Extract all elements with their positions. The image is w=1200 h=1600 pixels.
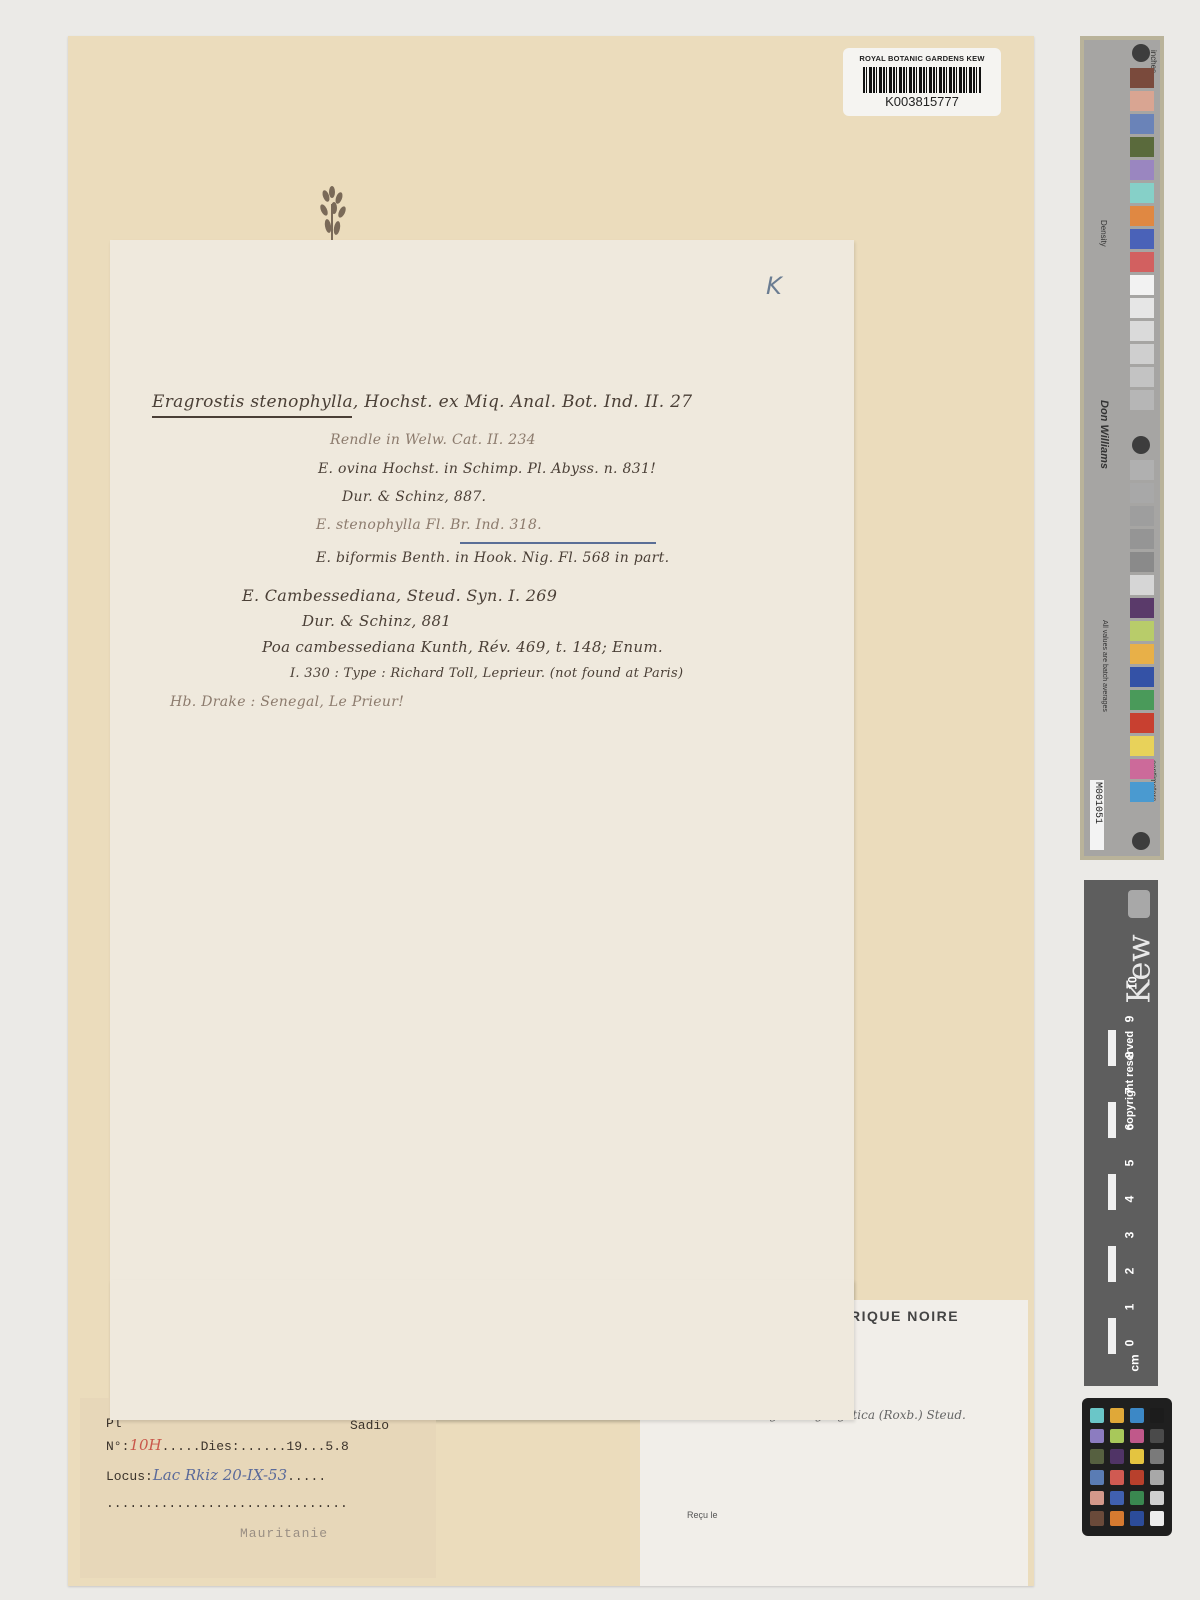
determination-line-4: Dur. & Schinz, 887. — [342, 489, 486, 505]
color-swatch — [1110, 1429, 1124, 1444]
determination-line-5: E. stenophylla Fl. Br. Ind. 318. — [316, 517, 542, 533]
collector-field-label: Pl Sadio N°:10H.....Dies:......19...5.8 … — [80, 1398, 436, 1578]
ruler-color-swatch — [1130, 68, 1154, 88]
barcode-number: K003815777 — [843, 94, 1001, 109]
underline — [152, 416, 352, 418]
scale-tick — [1108, 1318, 1116, 1354]
scale-number: 9 — [1122, 1016, 1136, 1023]
ruler-color-swatch — [1130, 759, 1154, 779]
ruler-color-swatch — [1130, 552, 1154, 572]
institution-name: ROYAL BOTANIC GARDENS KEW — [843, 54, 1001, 63]
ruler-color-swatch — [1130, 713, 1154, 733]
color-ruler: inches Density Don Williams All values a… — [1080, 36, 1164, 860]
ruler-hole-icon — [1132, 436, 1150, 454]
scale-number: 7 — [1122, 1088, 1136, 1095]
plant-specimen-icon — [312, 184, 354, 244]
ruler-color-swatch — [1130, 644, 1154, 664]
ruler-id: M001051 — [1090, 780, 1104, 850]
ruler-color-swatch — [1130, 782, 1154, 802]
color-swatch — [1150, 1511, 1164, 1526]
ruler-color-swatch — [1130, 506, 1154, 526]
ruler-color-swatch — [1130, 483, 1154, 503]
ruler-color-swatch — [1130, 344, 1154, 364]
color-swatch — [1090, 1408, 1104, 1423]
color-swatch — [1130, 1470, 1144, 1485]
specimen-number: 10H — [129, 1436, 161, 1454]
ruler-color-swatch — [1130, 321, 1154, 341]
determination-line-8: Dur. & Schinz, 881 — [302, 612, 451, 630]
scale-number: 1 — [1122, 1304, 1136, 1311]
ruler-hole-icon — [1132, 44, 1150, 62]
scale-number: 2 — [1122, 1268, 1136, 1275]
ruler-note: All values are batch averages — [1101, 620, 1108, 712]
determination-line-11: Hb. Drake : Senegal, Le Prieur! — [170, 694, 404, 710]
scale-number: 4 — [1122, 1196, 1136, 1203]
blue-underline — [460, 542, 656, 544]
color-swatch — [1130, 1449, 1144, 1464]
determination-line-1: Eragrostis stenophylla, Hochst. ex Miq. … — [152, 392, 692, 412]
color-swatch — [1130, 1491, 1144, 1506]
ruler-color-swatch — [1130, 298, 1154, 318]
color-swatch — [1110, 1511, 1124, 1526]
color-swatch — [1090, 1470, 1104, 1485]
density-label: Density — [1099, 220, 1108, 247]
color-swatch — [1110, 1408, 1124, 1423]
color-swatch — [1090, 1491, 1104, 1506]
ruler-color-swatch — [1130, 575, 1154, 595]
ruler-color-swatch — [1130, 460, 1154, 480]
determination-line-9: Poa cambessediana Kunth, Rév. 469, t. 14… — [262, 638, 663, 656]
ruler-color-swatch — [1130, 529, 1154, 549]
ruler-color-swatch — [1130, 183, 1154, 203]
date-value: 19...5.8 — [286, 1439, 348, 1454]
ruler-color-swatch — [1130, 206, 1154, 226]
color-swatch — [1150, 1449, 1164, 1464]
herbarium-k-mark: K — [766, 272, 782, 300]
color-swatch — [1090, 1429, 1104, 1444]
color-checker-card — [1082, 1398, 1172, 1536]
country-stamp: Mauritanie — [240, 1526, 328, 1541]
locus-value: Lac Rkiz 20-IX-53 — [153, 1466, 287, 1484]
color-swatch — [1090, 1449, 1104, 1464]
determination-line-6: E. biformis Benth. in Hook. Nig. Fl. 568… — [316, 550, 669, 566]
determination-line-10: I. 330 : Type : Richard Toll, Leprieur. … — [290, 666, 683, 681]
color-swatch — [1110, 1491, 1124, 1506]
ruler-color-swatch — [1130, 736, 1154, 756]
color-swatch — [1150, 1429, 1164, 1444]
color-swatch — [1090, 1511, 1104, 1526]
scale-number: 0 — [1122, 1340, 1136, 1347]
ruler-color-swatch — [1130, 690, 1154, 710]
dotted-line: ............................... — [106, 1496, 348, 1511]
barcode-label: ROYAL BOTANIC GARDENS KEW K003815777 — [843, 48, 1001, 116]
ruler-hole-icon — [1132, 832, 1150, 850]
received-label: Reçu le — [687, 1510, 718, 1520]
color-swatch — [1130, 1511, 1144, 1526]
scale-unit: cm — [1128, 1354, 1142, 1371]
locus-label: Locus: — [106, 1469, 153, 1484]
ruler-color-swatch — [1130, 252, 1154, 272]
scale-number: 6 — [1122, 1124, 1136, 1131]
scale-tick — [1108, 1030, 1116, 1066]
ruler-color-swatch — [1130, 275, 1154, 295]
copyright-notice: copyright reserved — [1124, 1031, 1136, 1130]
ruler-color-swatch — [1130, 91, 1154, 111]
ruler-color-swatch — [1130, 160, 1154, 180]
determination-sheet-bottom — [110, 1280, 854, 1420]
color-swatch — [1130, 1408, 1144, 1423]
scale-tick — [1108, 1174, 1116, 1210]
color-swatch — [1150, 1408, 1164, 1423]
ruler-color-swatch — [1130, 229, 1154, 249]
ruler-color-swatch — [1130, 367, 1154, 387]
scale-number: 3 — [1122, 1232, 1136, 1239]
ruler-color-swatch — [1130, 667, 1154, 687]
determination-line-3: E. ovina Hochst. in Schimp. Pl. Abyss. n… — [318, 461, 656, 477]
royal-crest-icon — [1128, 890, 1150, 918]
ruler-color-swatch — [1130, 598, 1154, 618]
scale-number: 5 — [1122, 1160, 1136, 1167]
number-label: N°: — [106, 1439, 129, 1454]
scale-number: 8 — [1122, 1052, 1136, 1059]
ifan-title: FRIQUE NOIRE — [840, 1308, 959, 1324]
color-swatch — [1130, 1429, 1144, 1444]
determination-line-2: Rendle in Welw. Cat. II. 234 — [330, 432, 536, 448]
scale-number: 10 — [1126, 976, 1140, 989]
ruler-color-swatch — [1130, 621, 1154, 641]
scale-tick — [1108, 1246, 1116, 1282]
ruler-color-swatch — [1130, 390, 1154, 410]
ruler-brand: Don Williams — [1098, 400, 1110, 469]
scale-tick — [1108, 1102, 1116, 1138]
kew-logo: Kew — [1120, 934, 1158, 1003]
ruler-color-swatch — [1130, 137, 1154, 157]
kew-scale-bar: Kew copyright reserved cm 012345678910 — [1084, 880, 1158, 1386]
color-swatch — [1110, 1470, 1124, 1485]
barcode-icon — [863, 67, 981, 93]
color-swatch — [1150, 1491, 1164, 1506]
ruler-color-swatch — [1130, 114, 1154, 134]
collector-name: Sadio — [350, 1418, 389, 1433]
determination-line-7: E. Cambessediana, Steud. Syn. I. 269 — [242, 586, 557, 605]
date-label: Dies: — [201, 1439, 240, 1454]
color-swatch — [1110, 1449, 1124, 1464]
color-swatch — [1150, 1470, 1164, 1485]
